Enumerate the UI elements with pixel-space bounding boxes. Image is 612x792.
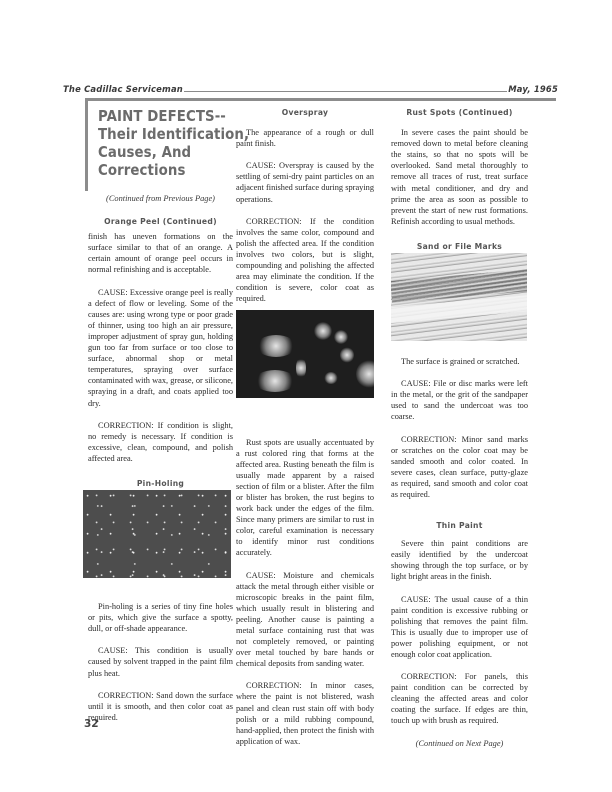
sand-file-marks-photo: [391, 253, 527, 341]
title-line: PAINT DEFECTS--: [98, 107, 214, 125]
column-2: Overspray The appearance of a rough or d…: [236, 100, 374, 758]
paragraph: Pin-holing is a series of tiny fine hole…: [88, 601, 233, 634]
paragraph: CAUSE: The usual cause of a thin paint c…: [391, 594, 528, 661]
paragraph: Severe thin paint conditions are easily …: [391, 538, 528, 582]
page-number: 32: [84, 718, 99, 730]
section-heading-orange-peel: Orange Peel (Continued): [88, 216, 233, 227]
continued-from-note: (Continued from Previous Page): [88, 193, 233, 204]
section-heading-pin-holing: Pin-Holing: [88, 478, 233, 489]
paragraph: The appearance of a rough or dull paint …: [236, 127, 374, 149]
rust-spots-photo: [236, 310, 374, 398]
paragraph: In severe cases the paint should be remo…: [391, 127, 528, 227]
issue-date: May, 1965: [508, 84, 558, 94]
title-line: Corrections: [98, 161, 214, 179]
pin-holing-photo: [83, 490, 231, 578]
section-heading-rust-spots-continued: Rust Spots (Continued): [391, 107, 528, 118]
paragraph: CORRECTION: If condition is slight, no r…: [88, 420, 233, 464]
article-title: PAINT DEFECTS-- Their Identification, Ca…: [98, 107, 214, 179]
section-heading-sand-or-file-marks: Sand or File Marks: [391, 241, 528, 252]
paragraph: Rust spots are usually accentuated by a …: [236, 437, 374, 559]
publication-name: The Cadillac Serviceman: [63, 84, 183, 94]
paragraph: CAUSE: Excessive orange peel is really a…: [88, 287, 233, 409]
section-heading-overspray: Overspray: [236, 107, 374, 118]
paragraph: CAUSE: Overspray is caused by the settli…: [236, 160, 374, 204]
paragraph: CORRECTION: If the condition involves th…: [236, 216, 374, 305]
column-1: PAINT DEFECTS-- Their Identification, Ca…: [88, 100, 233, 734]
paragraph: finish has uneven formations on the surf…: [88, 231, 233, 275]
paragraph: CORRECTION: In minor cases, where the pa…: [236, 680, 374, 747]
title-line: Causes, And: [98, 143, 214, 161]
paragraph: CAUSE: This condition is usually caused …: [88, 645, 233, 678]
paragraph: The surface is grained or scratched.: [391, 356, 528, 367]
paragraph: CORRECTION: Minor sand marks or scratche…: [391, 434, 528, 501]
section-heading-thin-paint: Thin Paint: [391, 520, 528, 531]
paragraph: CAUSE: Moisture and chemicals attack the…: [236, 570, 374, 670]
column-3: Rust Spots (Continued) In severe cases t…: [391, 100, 528, 749]
paragraph: CORRECTION: For panels, this paint condi…: [391, 671, 528, 726]
title-line: Their Identification,: [98, 125, 214, 143]
header-rule: [184, 91, 507, 92]
continued-on-note: (Continued on Next Page): [391, 738, 528, 749]
running-header: The Cadillac Serviceman May, 1965: [63, 80, 558, 94]
paragraph: CAUSE: File or disc marks were left in t…: [391, 378, 528, 422]
paragraph: CORRECTION: Sand down the surface until …: [88, 690, 233, 723]
